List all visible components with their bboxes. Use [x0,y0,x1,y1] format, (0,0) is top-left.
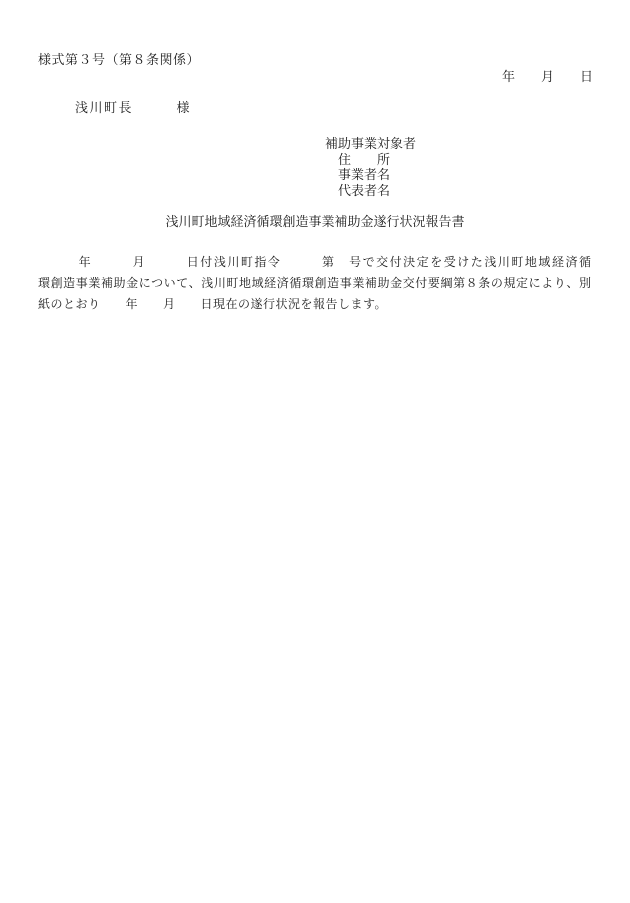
addressee-line: 浅川町長 様 [75,97,191,116]
body-line-3: 紙のとおり 年 月 日現在の遂行状況を報告します。 [38,294,591,315]
body-paragraph: 年 月 日付浅川町指令 第 号で交付決定を受けた浅川町地域経済循 環創造事業補助… [38,252,591,315]
applicant-field-representative-name: 代表者名 [325,183,416,199]
body-line-2: 環創造事業補助金について、浅川町地域経済循環創造事業補助金交付要綱第８条の規定に… [38,273,591,294]
applicant-heading: 補助事業対象者 [325,136,416,152]
form-number: 様式第３号（第８条関係） [38,49,200,68]
document-page: 様式第３号（第８条関係） 年 月 日 浅川町長 様 補助事業対象者 住 所 事業… [0,0,630,903]
document-title: 浅川町地域経済循環創造事業補助金遂行状況報告書 [0,211,630,230]
applicant-field-business-name: 事業者名 [325,167,416,183]
applicant-field-address: 住 所 [325,152,416,168]
body-line-1: 年 月 日付浅川町指令 第 号で交付決定を受けた浅川町地域経済循 [38,252,591,273]
applicant-block: 補助事業対象者 住 所 事業者名 代表者名 [325,136,416,198]
date-line: 年 月 日 [502,66,593,85]
